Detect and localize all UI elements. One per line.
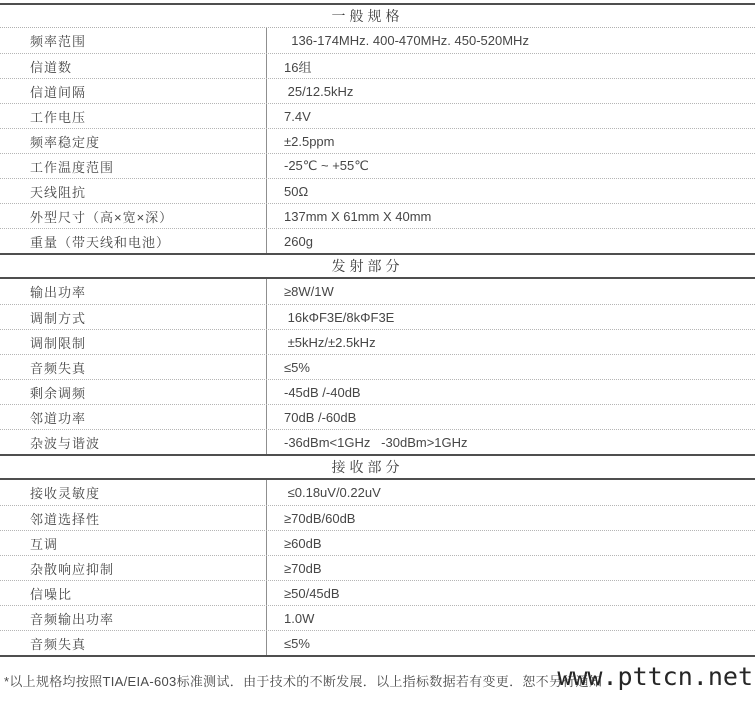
spec-row: 工作电压7.4V bbox=[0, 103, 755, 128]
spec-label: 信噪比 bbox=[0, 581, 267, 605]
spec-value: ≥70dB/60dB bbox=[267, 506, 755, 530]
spec-row: 信噪比≥50/45dB bbox=[0, 580, 755, 605]
spec-row: 剩余调频-45dB /-40dB bbox=[0, 379, 755, 404]
spec-value: ≥8W/1W bbox=[267, 279, 755, 304]
spec-row: 音频输出功率1.0W bbox=[0, 605, 755, 630]
spec-label: 外型尺寸（高×宽×深） bbox=[0, 204, 267, 228]
spec-row: 外型尺寸（高×宽×深）137mm X 61mm X 40mm bbox=[0, 203, 755, 228]
watermark-url: www.pttcn.net bbox=[557, 662, 753, 691]
spec-row: 杂散响应抑制≥70dB bbox=[0, 555, 755, 580]
spec-value: 1.0W bbox=[267, 606, 755, 630]
spec-row: 频率范围 136-174MHz. 400-470MHz. 450-520MHz bbox=[0, 28, 755, 53]
spec-row: 杂波与谐波-36dBm<1GHz -30dBm>1GHz bbox=[0, 429, 755, 454]
spec-value: ±2.5ppm bbox=[267, 129, 755, 153]
spec-label: 信道数 bbox=[0, 54, 267, 78]
spec-value: ≤5% bbox=[267, 355, 755, 379]
spec-label: 调制方式 bbox=[0, 305, 267, 329]
spec-value: 16kΦF3E/8kΦF3E bbox=[267, 305, 755, 329]
spec-value: 137mm X 61mm X 40mm bbox=[267, 204, 755, 228]
spec-value: ±5kHz/±2.5kHz bbox=[267, 330, 755, 354]
spec-row: 接收灵敏度 ≤0.18uV/0.22uV bbox=[0, 480, 755, 505]
spec-row: 邻道功率70dB /-60dB bbox=[0, 404, 755, 429]
spec-row: 输出功率≥8W/1W bbox=[0, 279, 755, 304]
spec-row: 邻道选择性≥70dB/60dB bbox=[0, 505, 755, 530]
spec-section: 发射部分输出功率≥8W/1W调制方式 16kΦF3E/8kΦF3E调制限制 ±5… bbox=[0, 253, 755, 454]
spec-row: 频率稳定度±2.5ppm bbox=[0, 128, 755, 153]
spec-label: 互调 bbox=[0, 531, 267, 555]
spec-label: 信道间隔 bbox=[0, 79, 267, 103]
section-body: 接收灵敏度 ≤0.18uV/0.22uV邻道选择性≥70dB/60dB互调≥60… bbox=[0, 480, 755, 657]
spec-row: 互调≥60dB bbox=[0, 530, 755, 555]
spec-value: 7.4V bbox=[267, 104, 755, 128]
section-header: 接收部分 bbox=[0, 454, 755, 480]
spec-row: 天线阻抗50Ω bbox=[0, 178, 755, 203]
spec-row: 音频失真≤5% bbox=[0, 630, 755, 655]
spec-label: 音频失真 bbox=[0, 631, 267, 655]
spec-value: 136-174MHz. 400-470MHz. 450-520MHz bbox=[267, 28, 755, 53]
section-title: 发射部分 bbox=[332, 256, 404, 276]
spec-label: 杂波与谐波 bbox=[0, 430, 267, 454]
spec-row: 调制限制 ±5kHz/±2.5kHz bbox=[0, 329, 755, 354]
spec-value: 16组 bbox=[267, 54, 755, 78]
spec-row: 调制方式 16kΦF3E/8kΦF3E bbox=[0, 304, 755, 329]
spec-value: ≥50/45dB bbox=[267, 581, 755, 605]
spec-row: 音频失真≤5% bbox=[0, 354, 755, 379]
spec-value: ≥70dB bbox=[267, 556, 755, 580]
section-title: 一般规格 bbox=[332, 6, 404, 26]
spec-label: 音频失真 bbox=[0, 355, 267, 379]
section-header: 一般规格 bbox=[0, 3, 755, 28]
spec-label: 剩余调频 bbox=[0, 380, 267, 404]
spec-label: 重量（带天线和电池） bbox=[0, 229, 267, 253]
spec-label: 接收灵敏度 bbox=[0, 480, 267, 505]
spec-label: 调制限制 bbox=[0, 330, 267, 354]
spec-value: 25/12.5kHz bbox=[267, 79, 755, 103]
section-header: 发射部分 bbox=[0, 253, 755, 279]
section-title: 接收部分 bbox=[332, 457, 404, 477]
spec-value: -36dBm<1GHz -30dBm>1GHz bbox=[267, 430, 755, 454]
spec-section: 接收部分接收灵敏度 ≤0.18uV/0.22uV邻道选择性≥70dB/60dB互… bbox=[0, 454, 755, 657]
spec-value: -25℃ ~ +55℃ bbox=[267, 154, 755, 178]
spec-value: ≤0.18uV/0.22uV bbox=[267, 480, 755, 505]
spec-table: 一般规格频率范围 136-174MHz. 400-470MHz. 450-520… bbox=[0, 3, 755, 657]
spec-section: 一般规格频率范围 136-174MHz. 400-470MHz. 450-520… bbox=[0, 3, 755, 253]
spec-value: -45dB /-40dB bbox=[267, 380, 755, 404]
section-body: 输出功率≥8W/1W调制方式 16kΦF3E/8kΦF3E调制限制 ±5kHz/… bbox=[0, 279, 755, 454]
spec-label: 输出功率 bbox=[0, 279, 267, 304]
spec-value: ≥60dB bbox=[267, 531, 755, 555]
spec-label: 邻道选择性 bbox=[0, 506, 267, 530]
spec-label: 音频输出功率 bbox=[0, 606, 267, 630]
spec-label: 邻道功率 bbox=[0, 405, 267, 429]
spec-value: 260g bbox=[267, 229, 755, 253]
spec-row: 重量（带天线和电池）260g bbox=[0, 228, 755, 253]
section-body: 频率范围 136-174MHz. 400-470MHz. 450-520MHz信… bbox=[0, 28, 755, 253]
spec-label: 工作温度范围 bbox=[0, 154, 267, 178]
spec-label: 频率范围 bbox=[0, 28, 267, 53]
spec-row: 信道数16组 bbox=[0, 53, 755, 78]
spec-value: 50Ω bbox=[267, 179, 755, 203]
spec-label: 工作电压 bbox=[0, 104, 267, 128]
spec-value: 70dB /-60dB bbox=[267, 405, 755, 429]
spec-label: 杂散响应抑制 bbox=[0, 556, 267, 580]
spec-label: 频率稳定度 bbox=[0, 129, 267, 153]
spec-row: 工作温度范围-25℃ ~ +55℃ bbox=[0, 153, 755, 178]
spec-row: 信道间隔 25/12.5kHz bbox=[0, 78, 755, 103]
spec-value: ≤5% bbox=[267, 631, 755, 655]
spec-label: 天线阻抗 bbox=[0, 179, 267, 203]
